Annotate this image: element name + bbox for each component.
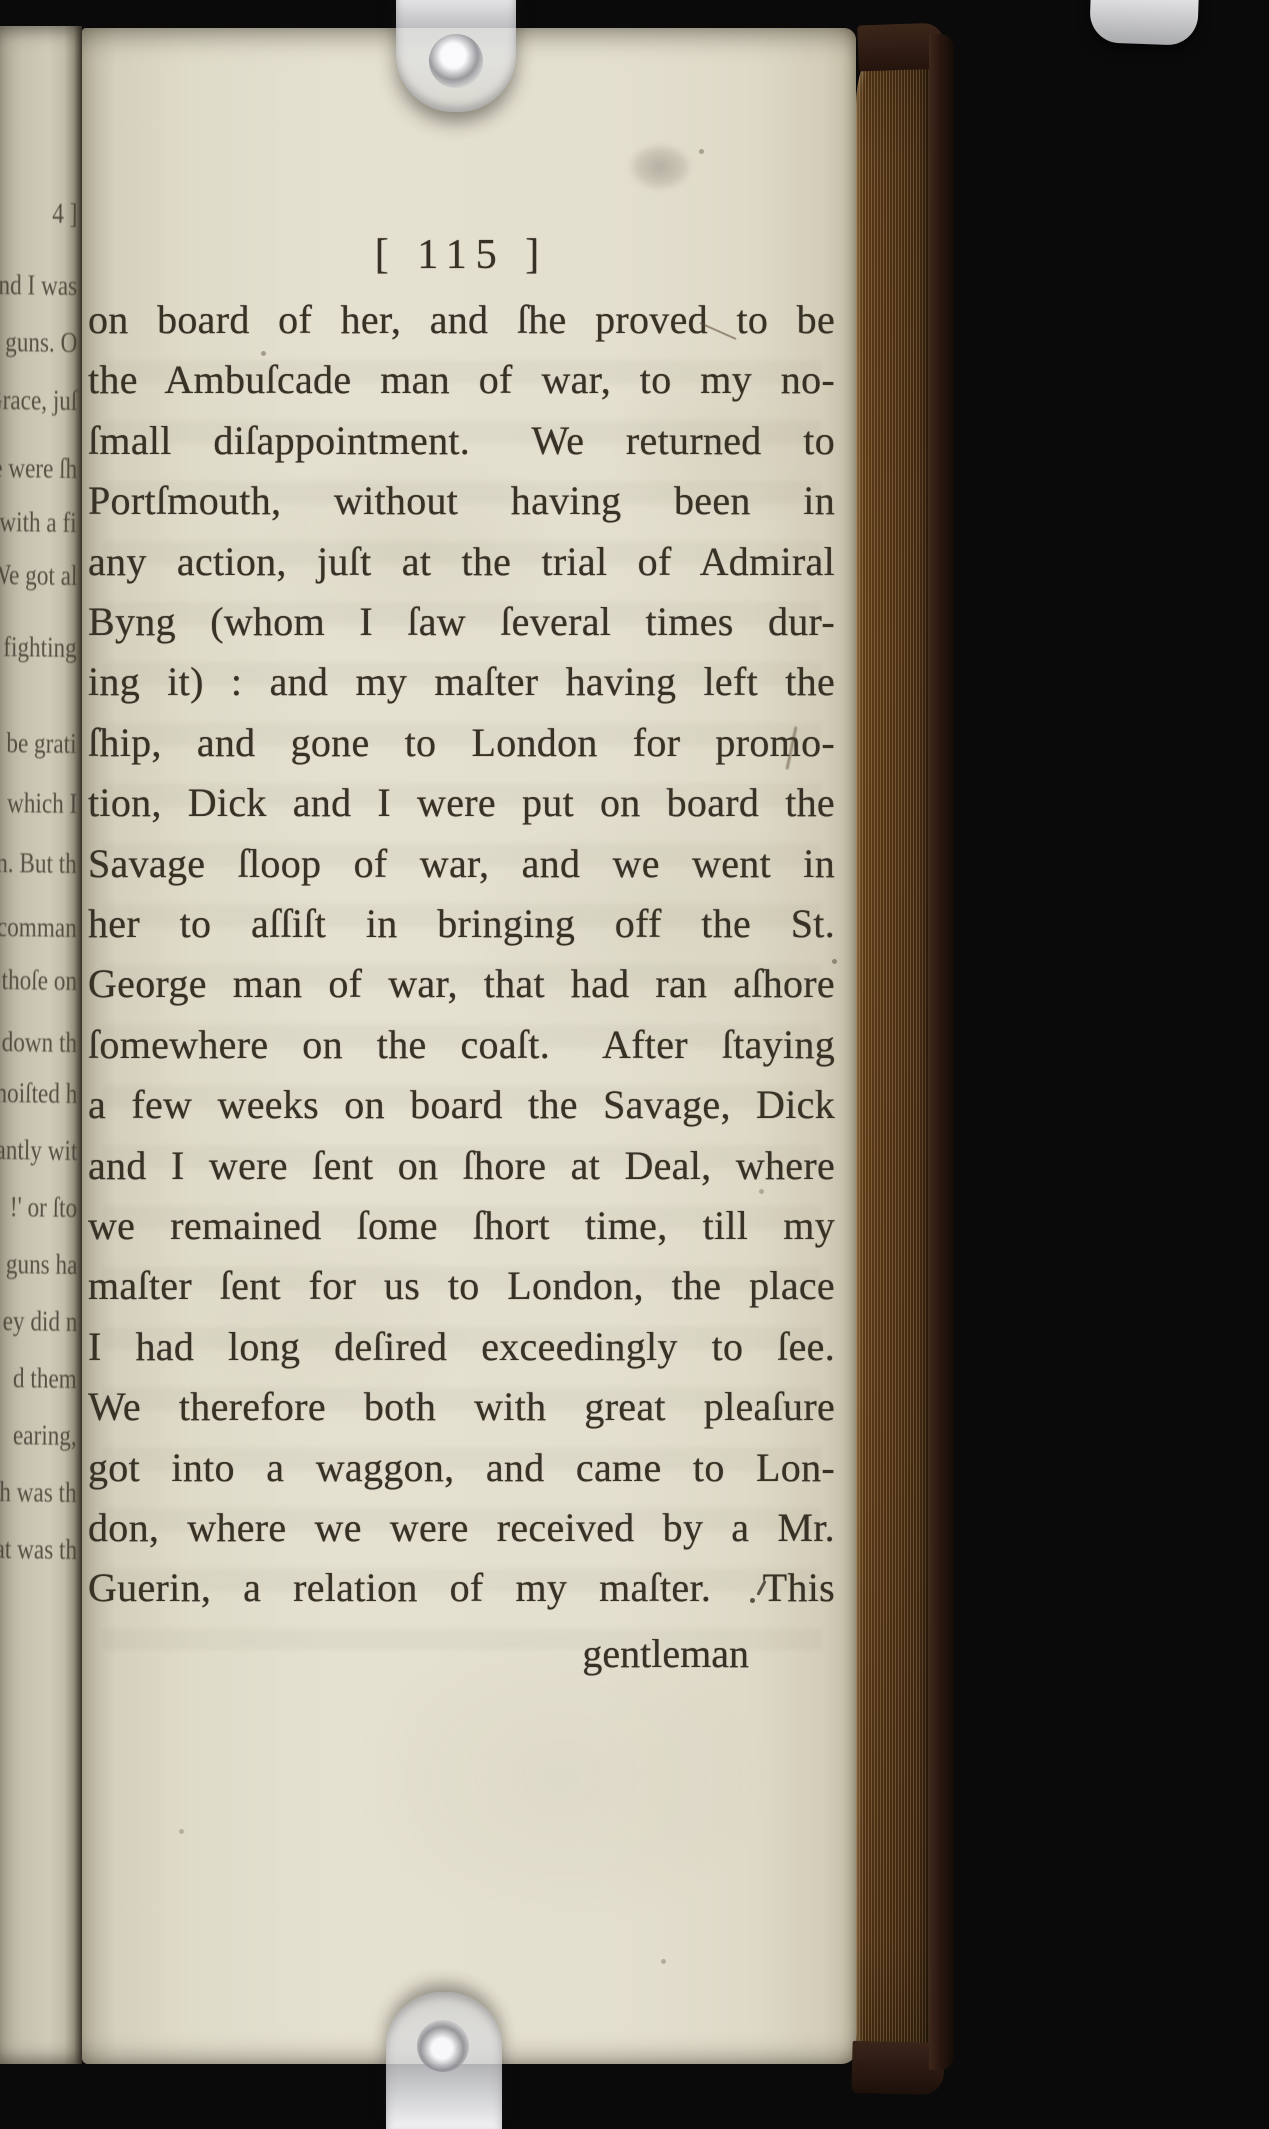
body-line: and I were ſent on ſhore at Deal, where	[88, 1137, 835, 1195]
body-line: on board of her, and ſhe proved to be	[88, 291, 835, 349]
page-fragment: h was th	[0, 1477, 80, 1521]
clip-ring	[417, 2020, 469, 2072]
catchword: gentleman	[582, 1630, 749, 1677]
dust-specks	[0, 0, 3, 3]
body-line: any action, juſt at the trial of Admiral	[88, 533, 835, 591]
page-fragment: in. But th	[0, 848, 80, 892]
body-line: ſmall diſappointment. We returned to	[88, 412, 835, 470]
page-holder-clip-bottom	[386, 1992, 502, 2129]
body-line: her to aſſiſt in bringing off the St.	[88, 895, 835, 953]
body-line: I had long deſired exceedingly to ſee.	[88, 1318, 835, 1376]
body-line: got into a waggon, and came to Lon-	[88, 1439, 835, 1497]
page-fragment: ld be grati	[0, 728, 80, 772]
page-fragment: d thoſe on	[0, 965, 80, 1009]
page-fragment: ey did n	[0, 1306, 80, 1350]
page-fragment: hoiſted h	[0, 1078, 80, 1122]
stain	[618, 136, 702, 198]
body-line: a few weeks on board the Savage, Dick	[88, 1076, 835, 1134]
cover-edge	[929, 34, 954, 2070]
body-line: George man of war, that had ran aſhore	[88, 955, 835, 1013]
page-fragment: at was th	[0, 1534, 80, 1578]
body-line: maſter ſent for us to London, the place	[88, 1257, 835, 1315]
body-line: ſomewhere on the coaſt. After ſtaying	[88, 1016, 835, 1074]
page-fragment: we were ſh	[0, 453, 80, 497]
book-photograph: 4 ] and I was e guns. O Grace, juſ we we…	[0, 0, 1269, 2129]
body-line: Savage ſloop of war, and we went in	[88, 835, 835, 893]
page-fragment: Grace, juſ	[0, 385, 80, 429]
page-fragment: guns ha	[0, 1249, 80, 1293]
ink-smudge	[748, 1578, 774, 1608]
body-line: We therefore both with great pleaſure	[88, 1378, 835, 1436]
body-line: Guerin, a relation of my maſter. This	[88, 1559, 835, 1617]
page-holder-clip-top-right	[1089, 0, 1199, 46]
page-fragment: We got al	[0, 560, 80, 604]
page-number: [ 115 ]	[88, 231, 835, 279]
text-column: [ 115 ] on board of her, and ſhe proved …	[88, 0, 835, 2129]
page-fragment: ul down th	[0, 1027, 80, 1071]
fore-edge-gilt	[856, 46, 932, 2068]
page-fragment: d them	[0, 1363, 80, 1407]
page-fragment: tantly wit	[0, 1135, 80, 1179]
page-fragment: r fighting	[0, 632, 80, 676]
page-holder-clip-top	[396, 0, 516, 112]
page-fragment: and I was	[0, 270, 80, 314]
page-fragment: e guns. O	[0, 327, 80, 371]
body-line: ing it) : and my maſter having left the	[88, 653, 835, 711]
body-line: ſhip, and gone to London for promo-	[88, 714, 835, 772]
page-fragment: 4 ]	[0, 198, 80, 242]
page-fragment: t, which I	[0, 788, 80, 832]
page-fragment: !' or ſto	[0, 1192, 80, 1236]
body-line: the Ambuſcade man of war, to my no-	[88, 351, 835, 409]
body-line: Portſmouth, without having been in	[88, 472, 835, 530]
page-fragment: with a fi	[0, 507, 80, 551]
page-fragment: earing,	[0, 1420, 80, 1464]
body-line: we remained ſome ſhort time, till my	[88, 1197, 835, 1255]
left-page-edge: 4 ] and I was e guns. O Grace, juſ we we…	[0, 26, 82, 2064]
body-line: Byng (whom I ſaw ſeveral times dur-	[88, 593, 835, 651]
body-line: don, where we were received by a Mr.	[88, 1499, 835, 1557]
clip-ring	[429, 34, 483, 88]
page-fragment: f comman	[0, 912, 80, 956]
body-line: tion, Dick and I were put on board the	[88, 774, 835, 832]
